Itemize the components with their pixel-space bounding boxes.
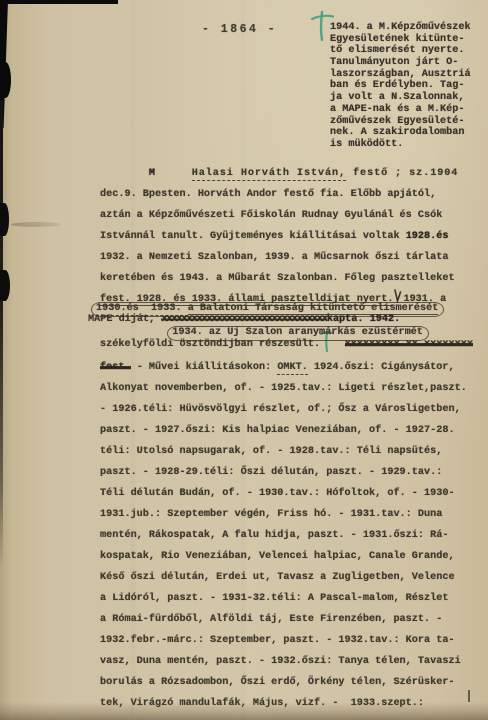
text-segment: 1930.és 1933. (96, 303, 188, 316)
note-line: ja volt a N.Szalonnak, (330, 92, 471, 104)
note-line: a MAPE-nak és a M.Kép- (330, 104, 471, 116)
text-segment: borulás a Rózsadombon, Őszi erdő, Örkény… (100, 677, 455, 688)
pencil-mark (11, 222, 61, 227)
text-line: Alkonyat novemberben, of. - 1925.tav.: L… (100, 378, 488, 399)
text-segment (155, 168, 192, 179)
text-segment: OMKT. (277, 362, 308, 375)
text-segment: Alkonyat novemberben, of. - 1925.tav.: L… (100, 383, 467, 394)
text-line: 1932.febr.-márc.: Szeptember, paszt. - 1… (100, 630, 488, 651)
text-segment: - 1926.téli: Hüvösvölgyi részlet, of.; Ő… (100, 404, 461, 415)
text-line: aztán a Képzőművészeti Főiskolán Rudnay … (100, 205, 488, 226)
text-segment: tek, Virágzó mandulafák, Május, vizf. - … (100, 698, 424, 709)
text-line: Késő őszi délután, Erdei ut, Tavasz a Zu… (100, 567, 488, 588)
text-line: M Halasi Horváth István, festő ; sz.1904 (100, 163, 488, 184)
text-segment: 1934. az Uj Szalon aranymárkás ezüstérmé… (172, 327, 423, 338)
text-line: a Római-fürdőből, Alföldi táj, Este Fire… (100, 609, 488, 630)
text-line: 1930.és 1933. a Balatoni Társaság kitünt… (91, 302, 488, 314)
text-segment: vasz, Duna mentén, paszt. - 1932.őszi: T… (100, 656, 461, 667)
text-line: téli: Utolsó napsugarak, of. - 1928.tav.… (100, 441, 488, 462)
text-segment: 1934. az Uj Szalon aranymárkás ezüstérmé… (167, 326, 429, 341)
text-line: 1934. az Uj Szalon aranymárkás ezüstérmé… (100, 326, 488, 338)
text-line: fest. 1928. és 1933. állami pasztelldija… (100, 289, 488, 302)
text-segment: 1928.és (406, 231, 449, 242)
note-line: is müködött. (330, 139, 471, 151)
scan-edge-artifact (468, 690, 470, 702)
text-segment: fest. (100, 362, 131, 373)
text-segment: mentén, Rákospatak, A falu hidja, paszt.… (100, 530, 448, 541)
text-segment: Téli délután Budán, of. - 1930.tav.: Hóf… (100, 488, 455, 499)
scan-edge-artifact (0, 203, 9, 236)
text-line: vasz, Duna mentén, paszt. - 1932.őszi: T… (100, 651, 488, 672)
text-segment: kospatak, Rio Veneziában, Velencei halpi… (100, 551, 455, 562)
text-segment: dec.9. Bpesten. Horváth Andor festő fia.… (100, 189, 436, 200)
text-segment: téli: Utolsó napsugarak, of. - 1928.tav.… (100, 446, 442, 457)
text-segment: - Művei kiállitásokon: (131, 362, 278, 373)
text-segment: keretében és 1943. a Műbarát Szalonban. … (100, 273, 455, 284)
text-segment: festő ; sz.1904 (346, 168, 458, 179)
text-segment (100, 168, 149, 179)
text-line: keretében és 1943. a Műbarát Szalonban. … (100, 268, 488, 289)
scan-edge-artifact (0, 270, 10, 301)
text-segment: 1930.és 1933. a Balatoni Társaság kitünt… (91, 302, 444, 317)
text-segment: a Balatoni Társaság kitüntető elismerésé… (188, 303, 439, 315)
text-line: borulás a Rózsadombon, Őszi erdő, Örkény… (100, 672, 488, 693)
note-line: Egyesületének kitünte- (330, 34, 471, 46)
text-line: kospatak, Rio Veneziában, Velencei halpi… (100, 546, 488, 567)
text-line: 1931.jub.: Szeptember végén, Friss hó. -… (100, 504, 488, 525)
note-line: zőművészek Egyesületé- (330, 116, 471, 128)
text-segment: 1924.őszi: Cigánysátor, (308, 362, 455, 373)
scan-edge-artifact (0, 62, 11, 98)
text-segment: paszt. - 1928-29.téli: Őszi délután, pas… (100, 467, 442, 478)
scan-edge-artifact (0, 0, 118, 4)
text-segment: paszt. - 1927.őszi: Kis halpiac Veneziáb… (100, 425, 455, 436)
text-line: paszt. - 1928-29.téli: Őszi délután, pas… (100, 462, 488, 483)
note-line: 1944. a M.Képzőművészek (330, 22, 471, 34)
text-line: Téli délután Budán, of. - 1930.tav.: Hóf… (100, 483, 488, 504)
text-segment (100, 327, 167, 338)
text-line: a Lidóról, paszt. - 1931-32.téli: A Pasc… (100, 588, 488, 609)
text-segment: a Római-fürdőből, Alföldi táj, Este Fire… (100, 614, 442, 625)
text-segment: 1932.febr.-márc.: Szeptember, paszt. - 1… (100, 635, 455, 646)
text-segment: Halasi Horváth István, (192, 168, 346, 181)
text-line: Istvánnál tanult. Gyüjteményes kiállitás… (100, 226, 488, 247)
text-segment: Késő őszi délután, Erdei ut, Tavasz a Zu… (100, 572, 455, 583)
text-segment: aztán a Képzőművészeti Főiskolán Rudnay … (100, 210, 442, 221)
scan-edge-artifact (0, 100, 3, 570)
text-line: dec.9. Bpesten. Horváth Andor festő fia.… (100, 184, 488, 205)
text-line: tek, Virágzó mandulafák, Május, vizf. - … (100, 693, 488, 714)
note-line: Tanulmányuton járt O- (330, 57, 471, 69)
text-segment: Istvánnál tanult. Gyüjteményes kiállitás… (100, 231, 406, 242)
text-line: fest. - Művei kiállitásokon: OMKT. 1924.… (100, 357, 488, 378)
text-line: mentén, Rákospatak, A falu hidja, paszt.… (100, 525, 488, 546)
note-line: laszországban, Ausztriá (330, 69, 471, 81)
scanned-page: - 1864 - 1944. a M.KépzőművészekEgyesüle… (0, 0, 488, 720)
text-line: - 1926.téli: Hüvösvölgyi részlet, of.; Ő… (100, 399, 488, 420)
text-line: 1932. a Nemzeti Szalonban, 1939. a Műcsa… (100, 247, 488, 268)
text-segment: 1932. a Nemzeti Szalonban, 1939. a Műcsa… (100, 252, 448, 263)
note-line: tő elismerését nyerte. (330, 45, 471, 57)
text-line: paszt. - 1927.őszi: Kis halpiac Veneziáb… (100, 420, 488, 441)
text-segment: 1931.jub.: Szeptember végén, Friss hó. -… (100, 509, 442, 520)
page-number: - 1864 - (202, 23, 277, 36)
text-segment: a Lidóról, paszt. - 1931-32.téli: A Pasc… (100, 593, 448, 604)
note-line: nek. A szakirodalomban (330, 127, 471, 139)
body-text: M Halasi Horváth István, festő ; sz.1904… (100, 163, 488, 714)
margin-note: 1944. a M.KépzőművészekEgyesületének kit… (330, 22, 471, 151)
note-line: ban és Erdélyben. Tag- (330, 80, 471, 92)
